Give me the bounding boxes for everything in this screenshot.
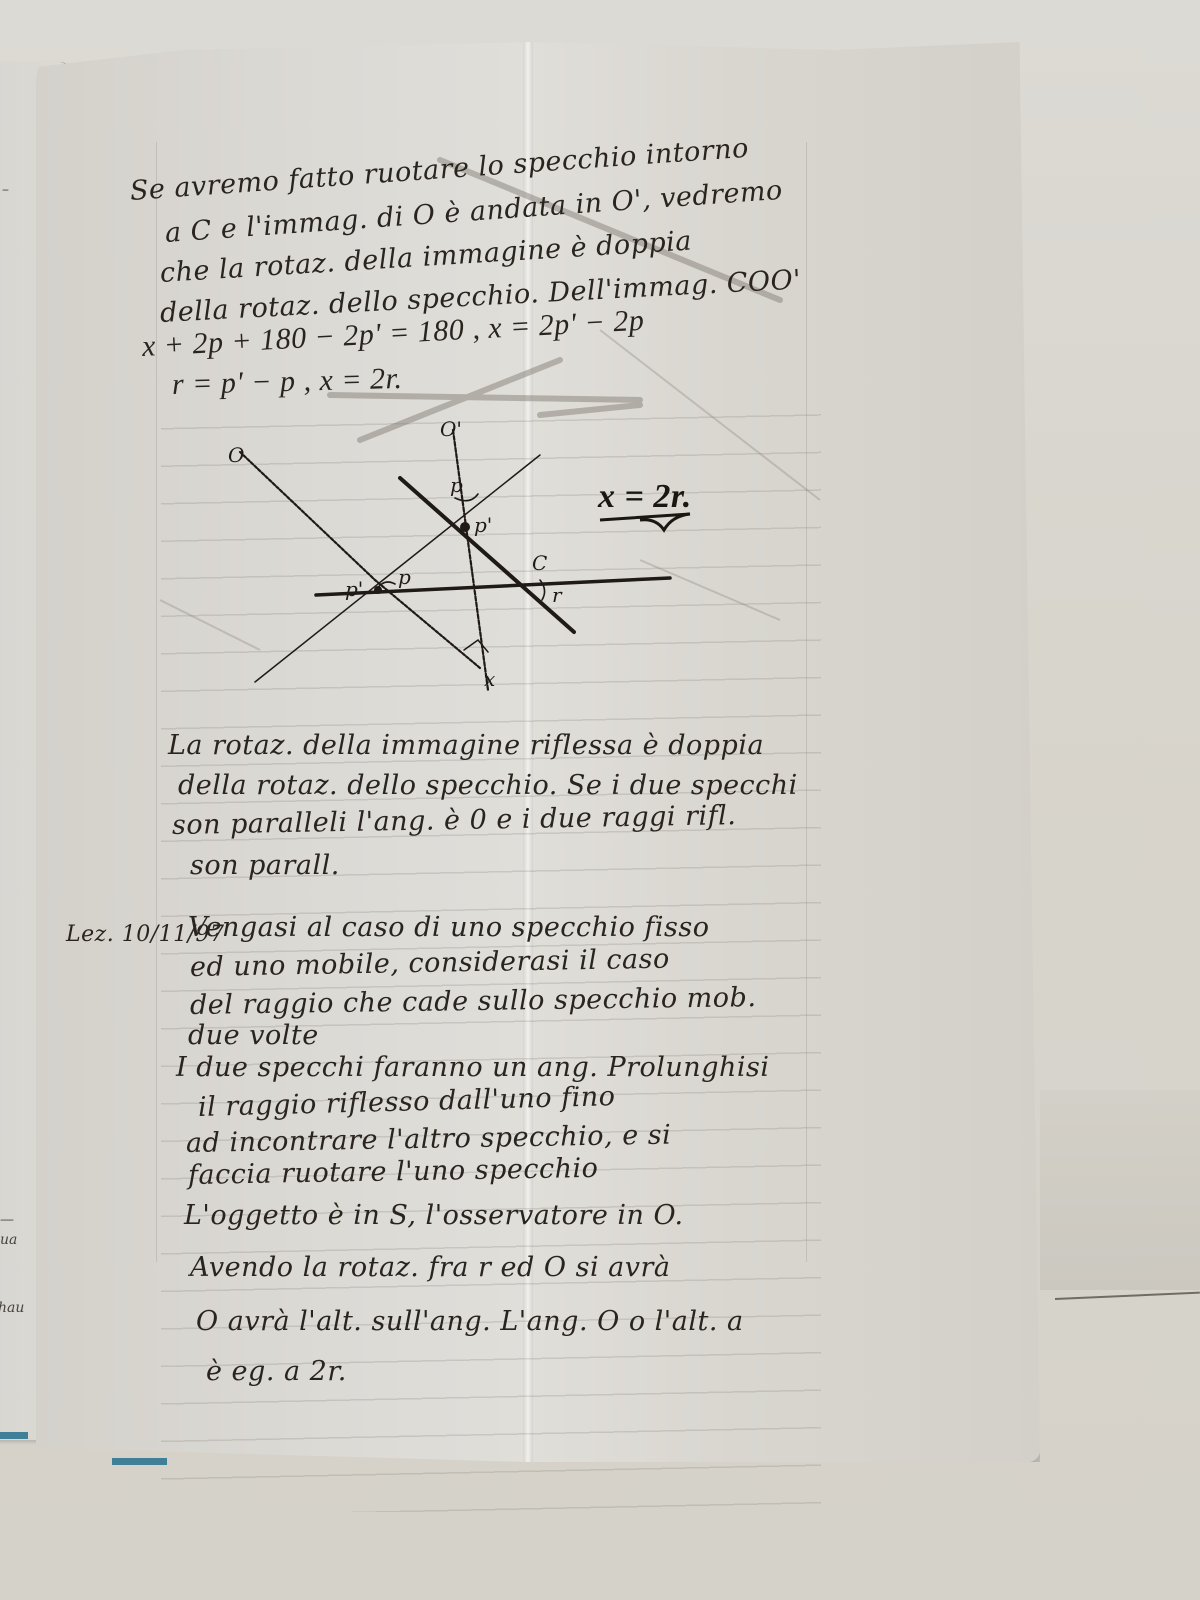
note-line: son parall. <box>190 850 340 881</box>
label-C: C <box>532 551 547 575</box>
equation-line: r = p' − p , x = 2r. <box>172 362 403 402</box>
label-r: r <box>552 583 563 607</box>
label-O: O <box>228 443 244 467</box>
note-line: Vengasi al caso di uno specchio fisso <box>188 912 710 943</box>
note-line: due volte <box>188 1020 319 1051</box>
intersection-point-p <box>374 586 382 594</box>
note-line: O avrà l'alt. sull'ang. L'ang. O o l'alt… <box>196 1306 744 1337</box>
note-line: è eg. a 2r. <box>206 1356 347 1387</box>
note-line: La rotaz. della immagine riflessa è dopp… <box>168 730 764 761</box>
label-O-prime: O' <box>440 417 462 441</box>
note-line: Avendo la rotaz. fra r ed O si avrà <box>190 1252 671 1283</box>
note-line: I due specchi faranno un ang. Prolunghis… <box>176 1052 770 1083</box>
note-line: L'oggetto è in S, l'osservatore in O. <box>184 1200 684 1231</box>
label-p-prime: p' <box>474 513 492 537</box>
label-x: x <box>484 667 495 691</box>
label-p-prime-left: p' <box>345 577 363 601</box>
result-equation: x = 2r. <box>598 478 692 516</box>
intersection-point-p-prime <box>460 522 470 532</box>
label-p-upper: p <box>450 473 463 497</box>
note-line: della rotaz. dello specchio. Se i due sp… <box>178 770 798 801</box>
label-p: p <box>398 565 411 589</box>
